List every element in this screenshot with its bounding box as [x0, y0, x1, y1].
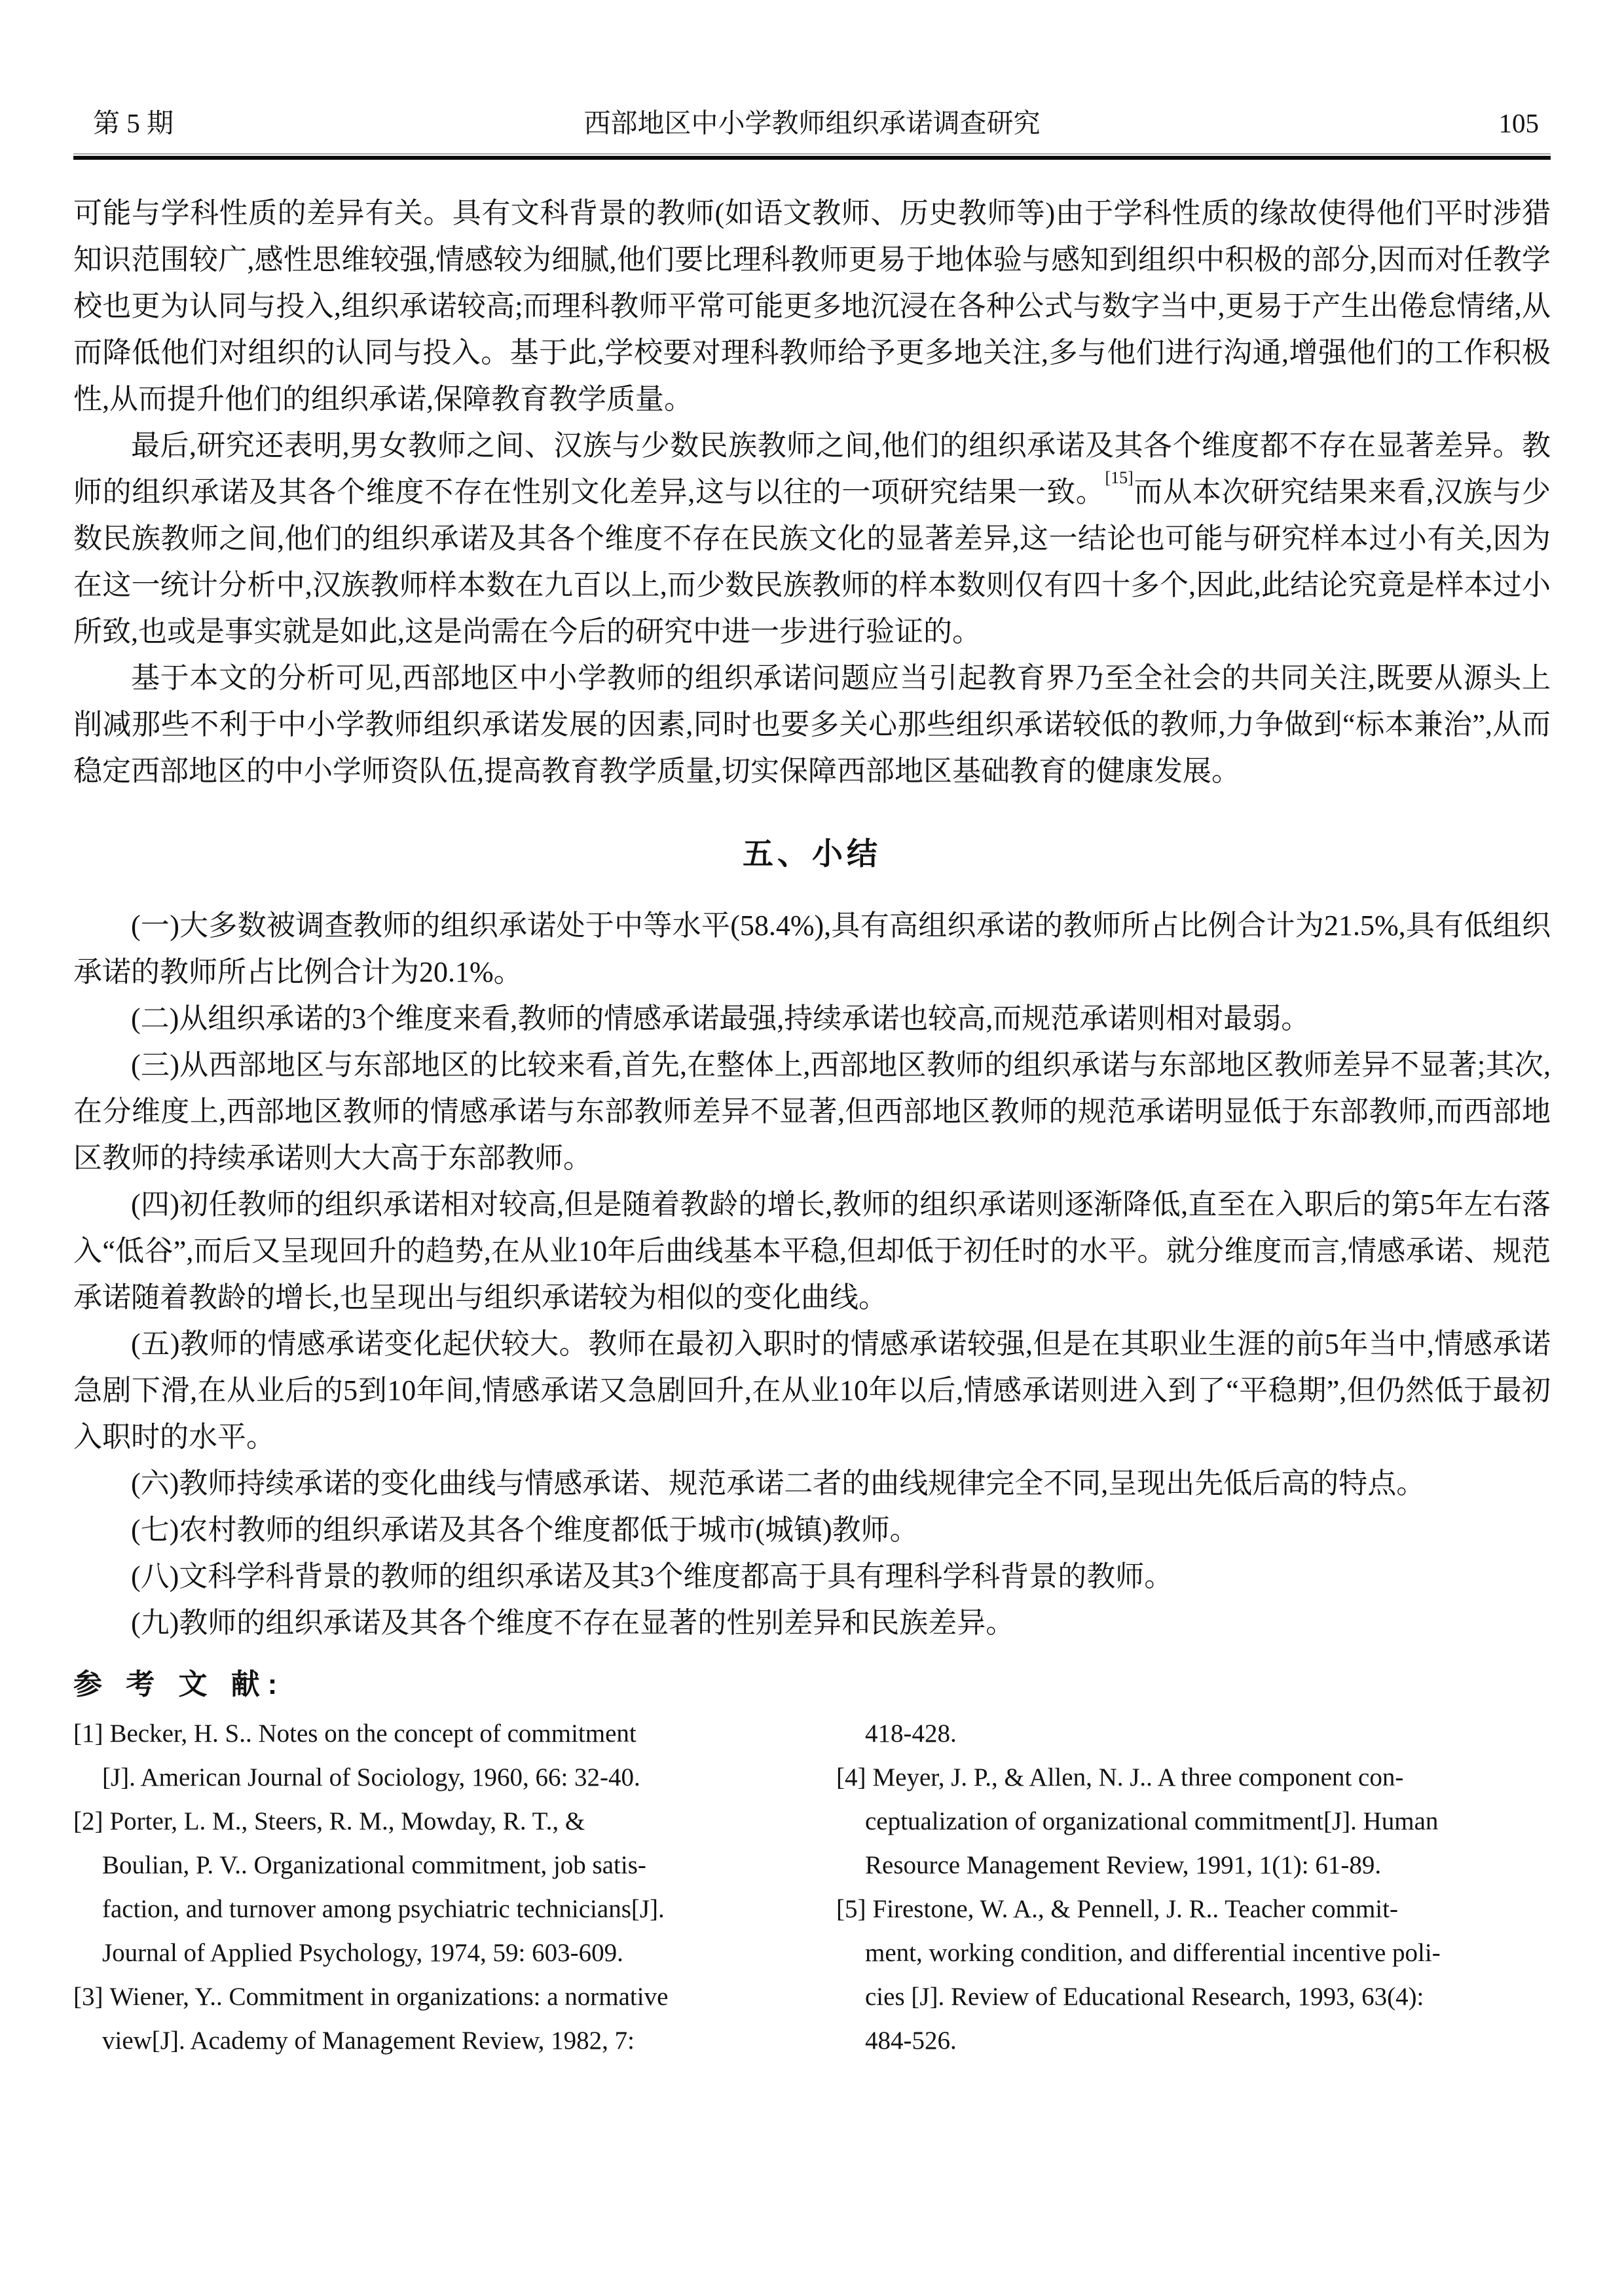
reference-number: [2]: [73, 1807, 103, 1835]
summary-item-2: (二)从组织承诺的3个维度来看,教师的情感承诺最强,持续承诺也较高,而规范承诺则…: [73, 995, 1551, 1042]
reference-line: [4]Meyer, J. P., & Allen, N. J.. A three…: [865, 1755, 1550, 1799]
reference-text: Porter, L. M., Steers, R. M., Mowday, R.…: [109, 1807, 585, 1835]
reference-text: Becker, H. S.. Notes on the concept of c…: [109, 1719, 636, 1748]
summary-item-7: (七)农村教师的组织承诺及其各个维度都低于城市(城镇)教师。: [73, 1507, 1551, 1553]
reference-entry-3: [3]Wiener, Y.. Commitment in organizatio…: [73, 1975, 787, 2063]
reference-line: Boulian, P. V.. Organizational commitmen…: [102, 1843, 787, 1887]
reference-line: [5]Firestone, W. A., & Pennell, J. R.. T…: [865, 1887, 1550, 1931]
reference-text: Wiener, Y.. Commitment in organizations:…: [109, 1983, 668, 2011]
section-heading-summary: 五、小结: [73, 830, 1551, 873]
reference-text: Firestone, W. A., & Pennell, J. R.. Teac…: [872, 1895, 1397, 1923]
reference-line: [3]Wiener, Y.. Commitment in organizatio…: [102, 1975, 787, 2019]
reference-line: ment, working condition, and differentia…: [865, 1931, 1550, 1975]
reference-text: Meyer, J. P., & Allen, N. J.. A three co…: [872, 1763, 1403, 1791]
references-heading: 参 考 文 献:: [73, 1661, 1551, 1702]
summary-item-5: (五)教师的情感承诺变化起伏较大。教师在最初入职时的情感承诺较强,但是在其职业生…: [73, 1321, 1551, 1460]
reference-entry-3-continuation: 418-428.: [836, 1712, 1550, 1755]
summary-item-3: (三)从西部地区与东部地区的比较来看,首先,在整体上,西部地区教师的组织承诺与东…: [73, 1042, 1551, 1181]
summary-item-4: (四)初任教师的组织承诺相对较高,但是随着教龄的增长,教师的组织承诺则逐渐降低,…: [73, 1181, 1551, 1321]
summary-item-6: (六)教师持续承诺的变化曲线与情感承诺、规范承诺二者的曲线规律完全不同,呈现出先…: [73, 1460, 1551, 1507]
header-rule-thin: [73, 153, 1551, 155]
header-rule-thick: [73, 156, 1551, 160]
page-number: 105: [1499, 103, 1540, 143]
references-right-column: 418-428. [4]Meyer, J. P., & Allen, N. J.…: [836, 1712, 1550, 2063]
reference-number: [3]: [73, 1983, 103, 2011]
reference-line: [1]Becker, H. S.. Notes on the concept o…: [102, 1712, 787, 1755]
running-header: 第 5 期 西部地区中小学教师组织承诺调查研究 105: [73, 103, 1551, 143]
paper-page: 第 5 期 西部地区中小学教师组织承诺调查研究 105 可能与学科性质的差异有关…: [0, 0, 1624, 2295]
references-left-column: [1]Becker, H. S.. Notes on the concept o…: [73, 1712, 787, 2063]
reference-line: 484-526.: [865, 2019, 1550, 2063]
body-text: 可能与学科性质的差异有关。具有文科背景的教师(如语文教师、历史教师等)由于学科性…: [73, 190, 1551, 794]
reference-number: [5]: [836, 1895, 866, 1923]
reference-number: [4]: [836, 1763, 866, 1791]
reference-line: view[J]. Academy of Management Review, 1…: [102, 2019, 787, 2063]
reference-line: [J]. American Journal of Sociology, 1960…: [102, 1755, 787, 1799]
summary-item-9: (九)教师的组织承诺及其各个维度不存在显著的性别差异和民族差异。: [73, 1600, 1551, 1646]
reference-entry-1: [1]Becker, H. S.. Notes on the concept o…: [73, 1712, 787, 1799]
reference-line: Journal of Applied Psychology, 1974, 59:…: [102, 1931, 787, 1975]
summary-list: (一)大多数被调查教师的组织承诺处于中等水平(58.4%),具有高组织承诺的教师…: [73, 902, 1551, 1646]
reference-entry-4: [4]Meyer, J. P., & Allen, N. J.. A three…: [836, 1755, 1550, 1887]
citation-superscript: [15]: [1105, 468, 1133, 487]
reference-line: 418-428.: [865, 1712, 1550, 1755]
paragraph-gender-ethnicity: 最后,研究还表明,男女教师之间、汉族与少数民族教师之间,他们的组织承诺及其各个维…: [73, 422, 1551, 655]
reference-line: [2]Porter, L. M., Steers, R. M., Mowday,…: [102, 1799, 787, 1843]
reference-entry-5: [5]Firestone, W. A., & Pennell, J. R.. T…: [836, 1887, 1550, 2063]
running-title: 西部地区中小学教师组织承诺调查研究: [73, 103, 1551, 143]
paragraph-conclusion-call: 基于本文的分析可见,西部地区中小学教师的组织承诺问题应当引起教育界乃至全社会的共…: [73, 655, 1551, 794]
paragraph-continuation: 可能与学科性质的差异有关。具有文科背景的教师(如语文教师、历史教师等)由于学科性…: [73, 190, 1551, 422]
reference-number: [1]: [73, 1719, 103, 1748]
reference-entry-2: [2]Porter, L. M., Steers, R. M., Mowday,…: [73, 1799, 787, 1975]
reference-line: Resource Management Review, 1991, 1(1): …: [865, 1843, 1550, 1887]
reference-line: cies [J]. Review of Educational Research…: [865, 1975, 1550, 2019]
summary-item-1: (一)大多数被调查教师的组织承诺处于中等水平(58.4%),具有高组织承诺的教师…: [73, 902, 1551, 995]
reference-line: faction, and turnover among psychiatric …: [102, 1887, 787, 1931]
summary-item-8: (八)文科学科背景的教师的组织承诺及其3个维度都高于具有理科学科背景的教师。: [73, 1553, 1551, 1600]
reference-line: ceptualization of organizational commitm…: [865, 1799, 1550, 1843]
references-columns: [1]Becker, H. S.. Notes on the concept o…: [73, 1712, 1551, 2063]
